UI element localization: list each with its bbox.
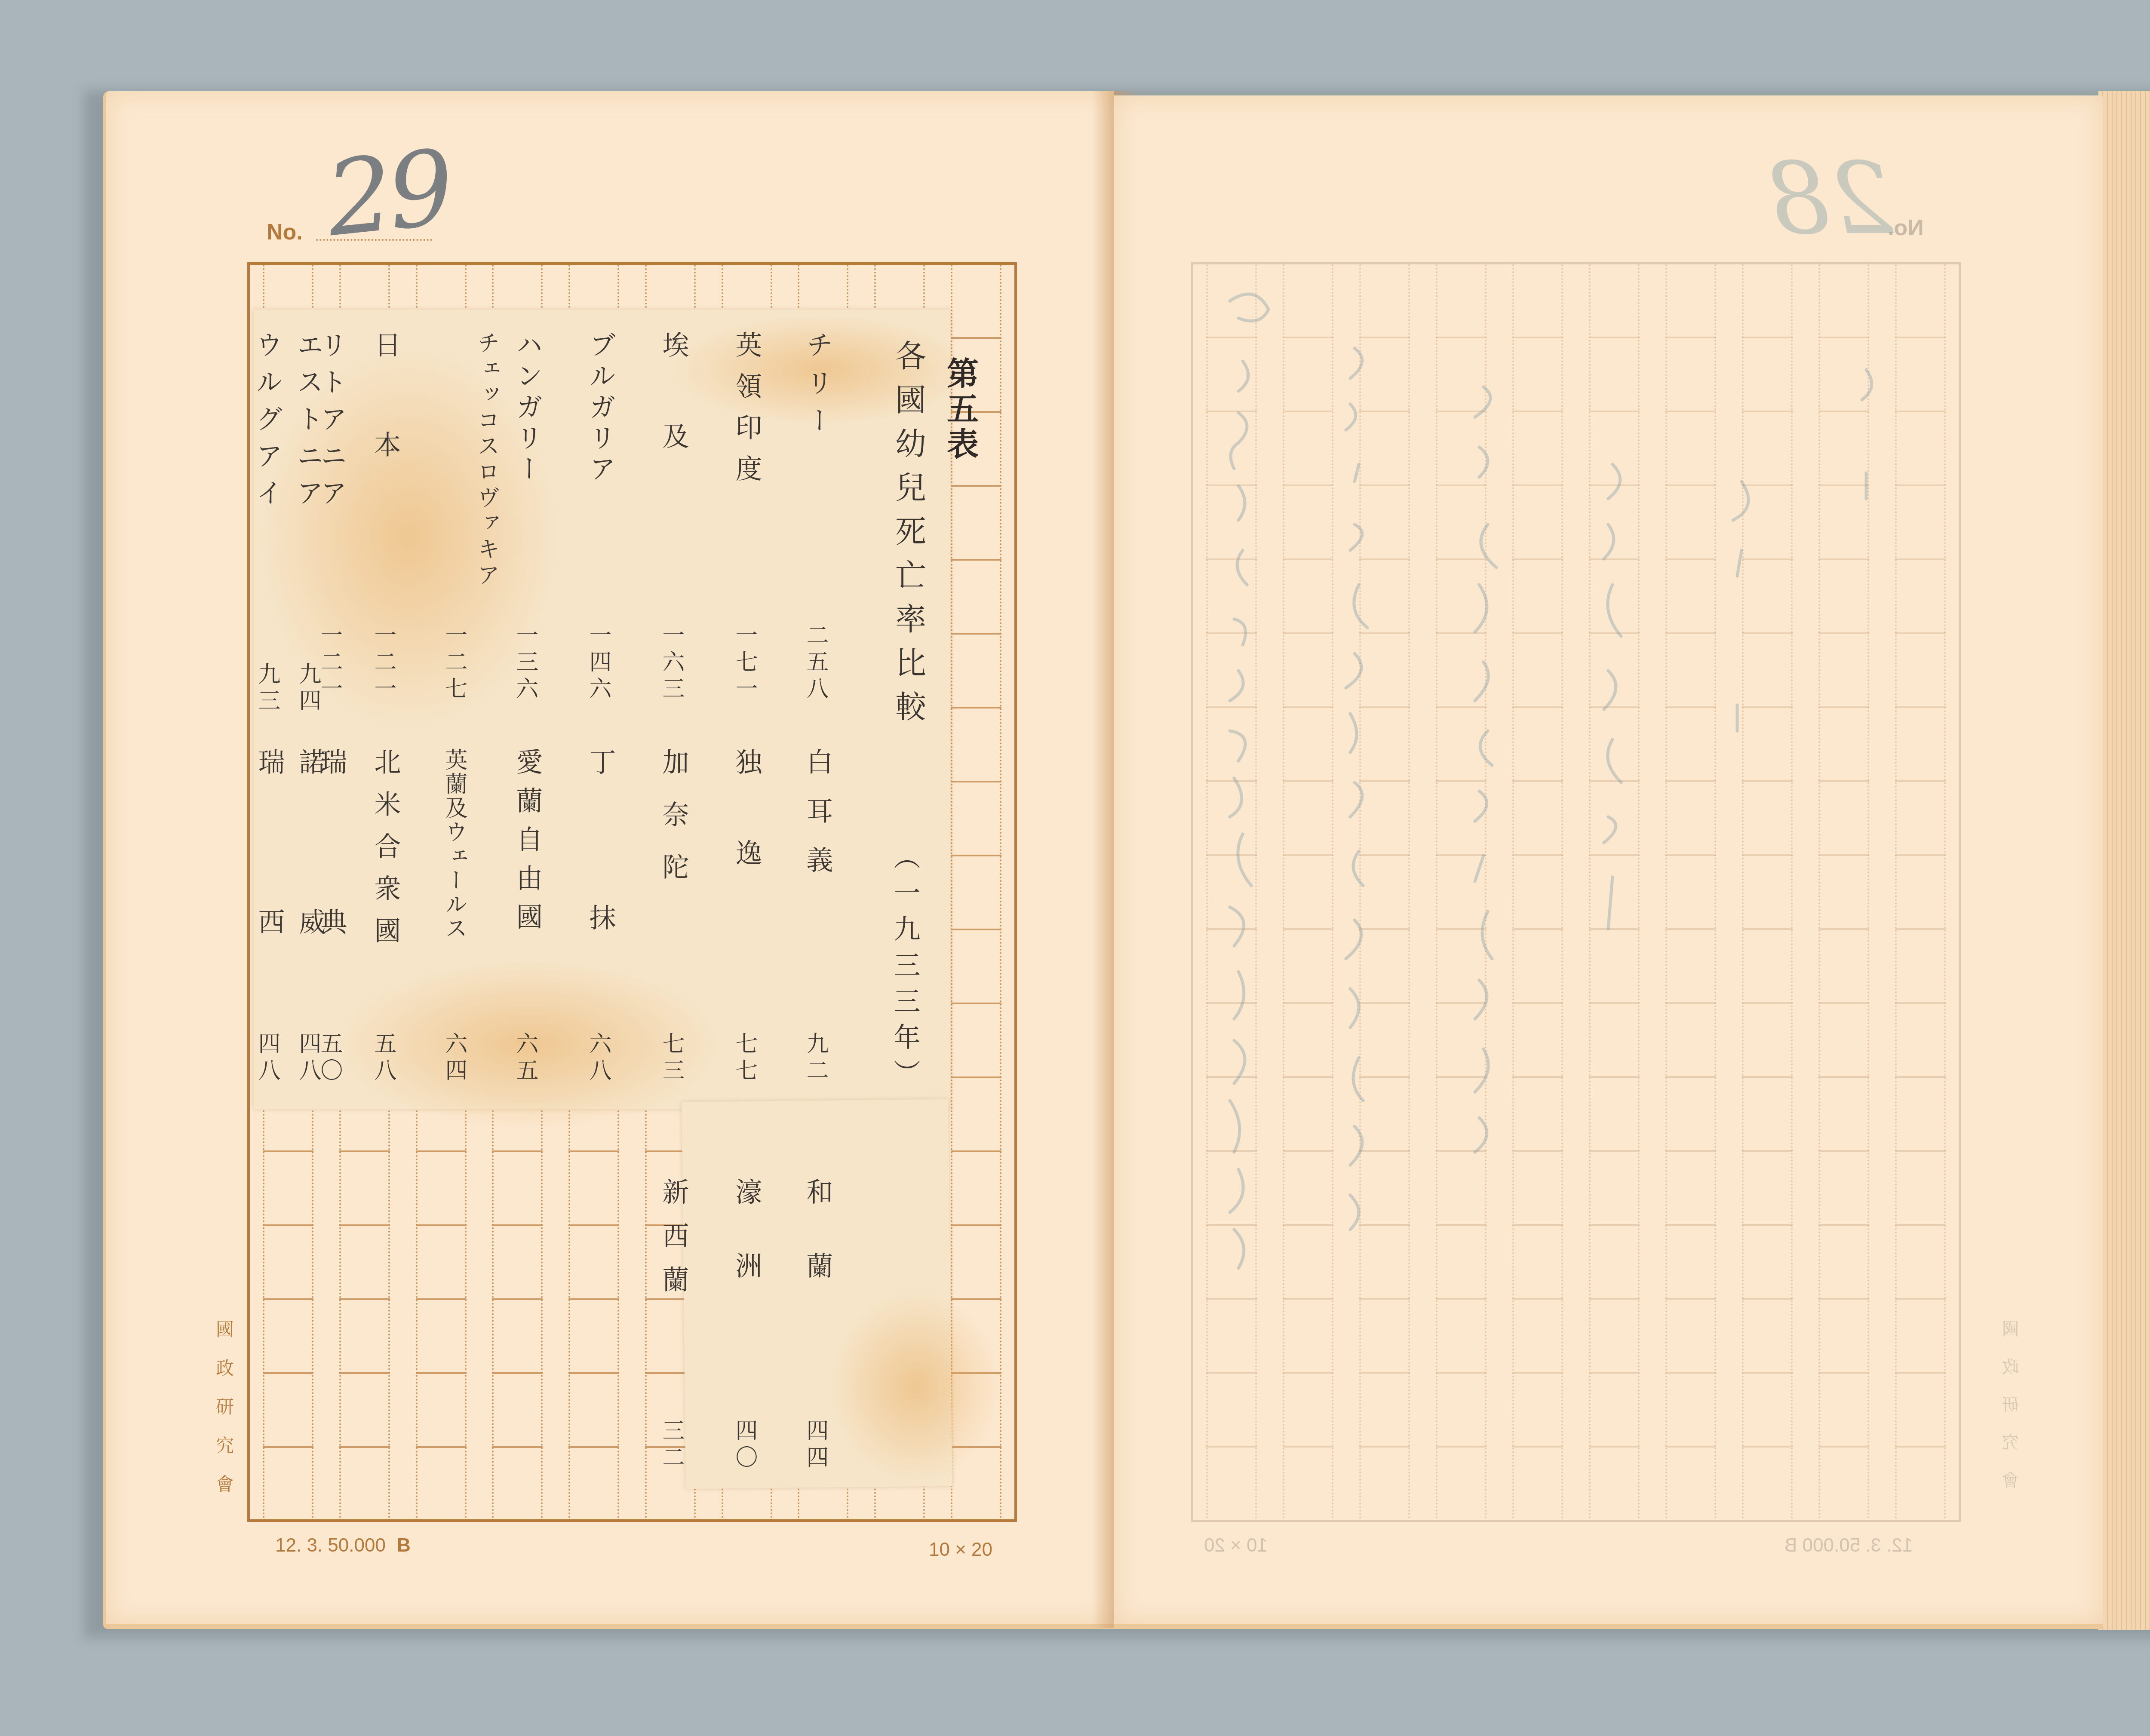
mortality-value: 一六三 (660, 623, 682, 703)
country-name: ウルグアイ (254, 331, 280, 516)
mortality-value: 九四 (297, 662, 319, 715)
country-name: 諾威 (297, 748, 323, 1068)
country-name: 北米合衆國 (372, 748, 399, 959)
country-name: 新西蘭 (660, 1178, 687, 1310)
country-name: エストニア (295, 331, 321, 516)
grid-size-label: 10 × 20 (929, 1539, 992, 1561)
page-stack-edge (2098, 91, 2150, 1630)
country-name: 丁抹 (587, 748, 614, 1059)
mirrored-print-code: 12. 3. 50.000 B (1784, 1535, 1913, 1556)
mortality-value: 一二一 (372, 623, 394, 703)
table-title: 各國幼兒死亡率比較 (886, 340, 931, 734)
page-number-label: No. (267, 219, 303, 245)
mortality-value: 四八 (256, 1032, 278, 1085)
print-code-suffix: B (397, 1535, 411, 1556)
mortality-value: 二五八 (804, 623, 826, 703)
mortality-value: 九三 (256, 662, 278, 715)
country-name: 愛蘭自由國 (514, 748, 541, 942)
mortality-value: 一七一 (733, 623, 756, 703)
print-code-text: 12. 3. 50.000 (275, 1535, 386, 1556)
country-name: 英領印度 (733, 331, 760, 496)
mortality-value: 一二七 (443, 623, 465, 703)
country-name: 独逸 (733, 748, 760, 930)
country-name: 埃及 (660, 331, 687, 513)
table-year-note: （一九三三年） (886, 843, 924, 1095)
mirrored-grid-size-label: 10 × 20 (1204, 1535, 1268, 1556)
mortality-value: 六五 (514, 1032, 536, 1085)
mortality-value: 七三 (660, 1032, 682, 1085)
country-name: 濠洲 (733, 1178, 760, 1326)
mortality-value: 四〇 (733, 1419, 756, 1472)
handwritten-page-number: 29 (321, 127, 455, 260)
mortality-value: 六八 (587, 1032, 609, 1085)
mortality-value: 四四 (804, 1419, 826, 1472)
mortality-value: 三二 (660, 1419, 682, 1472)
mortality-value: 六四 (443, 1032, 465, 1085)
country-name: 日本 (372, 331, 399, 531)
country-name: チリー (804, 331, 831, 445)
mortality-value: 一四六 (587, 623, 609, 703)
bleed-through-handwriting (1200, 284, 1931, 1488)
mirrored-handwritten-page-number: 28 (1767, 142, 1893, 257)
table-number: 第五表 (937, 357, 983, 463)
bleed-through-strokes-icon (1200, 284, 1931, 1488)
country-name: ブルガリア (587, 331, 614, 486)
mirrored-publisher-side-label: 國政研究會 (1999, 1320, 2024, 1509)
mortality-value: 五八 (372, 1032, 394, 1085)
print-code: 12. 3. 50.000B (275, 1535, 411, 1556)
country-name: ハンガリー (514, 331, 541, 486)
water-stain (830, 1290, 1002, 1483)
mortality-value: 一二一 (318, 623, 341, 703)
country-name: チェッコスロヴァキア (475, 331, 498, 589)
country-name: 和蘭 (804, 1178, 831, 1326)
publisher-side-label: 國政研究會 (211, 1320, 236, 1513)
country-name: 白耳義 (804, 748, 831, 895)
mortality-value: 一三六 (514, 623, 536, 703)
mortality-value: 九二 (804, 1032, 826, 1085)
mortality-value: 七七 (733, 1032, 756, 1085)
country-name: 加奈陀 (660, 748, 687, 905)
mortality-value: 四八 (297, 1032, 319, 1085)
country-name: 英蘭及ウェールス (443, 748, 465, 941)
country-name: 瑞西 (256, 748, 283, 1068)
